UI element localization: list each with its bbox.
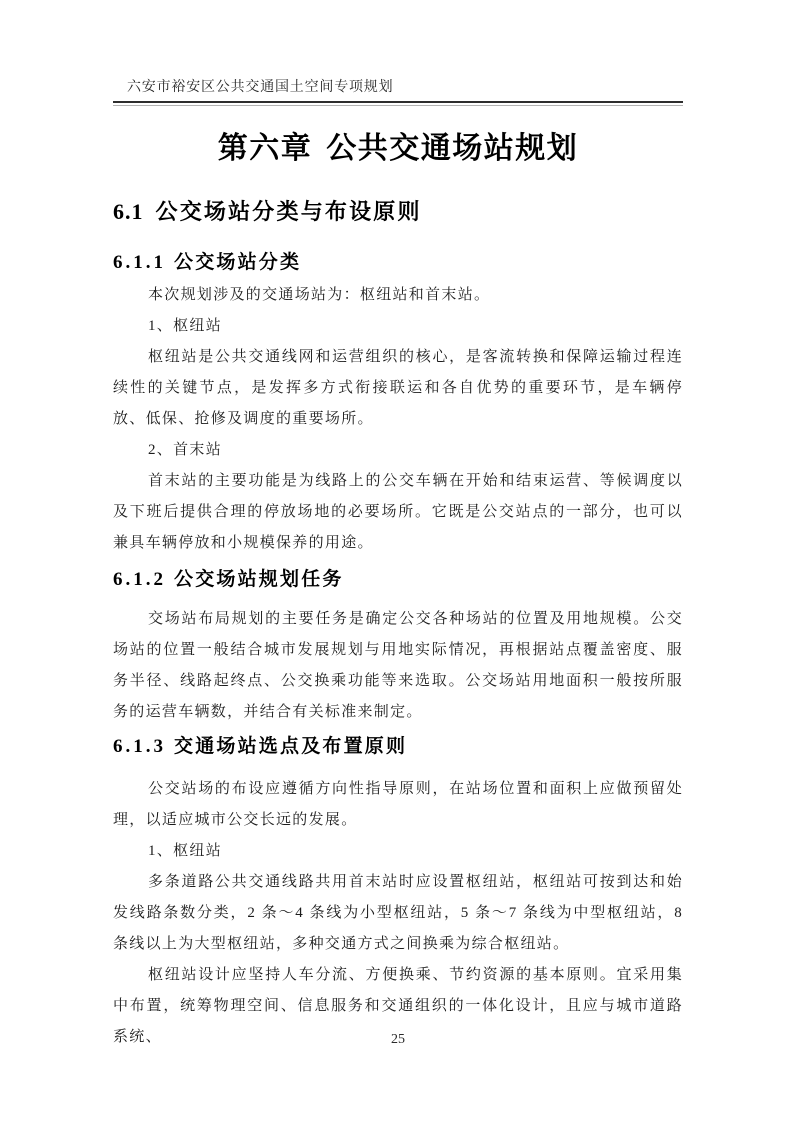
- document-page: 六安市裕安区公共交通国土空间专项规划 第六章公共交通场站规划 6.1公交场站分类…: [0, 0, 793, 1122]
- numbered-item-label: 2、首末站: [113, 435, 683, 466]
- header-rule: [113, 101, 683, 106]
- subsection-title: 公交场站分类: [174, 252, 301, 273]
- chapter-title: 第六章公共交通场站规划: [113, 128, 683, 170]
- subsection-heading-6-1-3: 6.1.3交通场站选点及布置原则: [113, 734, 683, 760]
- page-number: 25: [391, 1032, 405, 1047]
- subsection-number: 6.1.2: [113, 569, 166, 590]
- chapter-name: 公共交通场站规划: [326, 132, 578, 165]
- section-heading-6-1: 6.1公交场站分类与布设原则: [113, 198, 683, 226]
- chapter-number: 第六章: [218, 132, 313, 165]
- paragraph: 枢纽站是公共交通线网和运营组织的核心，是客流转换和保障运输过程连续性的关键节点，…: [113, 342, 683, 435]
- subsection-title: 交通场站选点及布置原则: [174, 736, 407, 757]
- subsection-6-1-3-body: 公交站场的布设应遵循方向性指导原则，在站场位置和面积上应做预留处理，以适应城市公…: [113, 774, 683, 1053]
- paragraph: 公交站场的布设应遵循方向性指导原则，在站场位置和面积上应做预留处理，以适应城市公…: [113, 774, 683, 836]
- paragraph: 多条道路公共交通线路共用首末站时应设置枢纽站，枢纽站可按到达和始发线路条数分类，…: [113, 867, 683, 960]
- page-content: 六安市裕安区公共交通国土空间专项规划 第六章公共交通场站规划 6.1公交场站分类…: [113, 0, 683, 1053]
- subsection-title: 公交场站规划任务: [174, 569, 344, 590]
- page-footer: 25: [113, 1030, 683, 1050]
- numbered-item-label: 1、枢纽站: [113, 311, 683, 342]
- section-number: 6.1: [113, 199, 144, 224]
- header-rule-light-line: [113, 105, 683, 106]
- running-header-title: 六安市裕安区公共交通国土空间专项规划: [127, 80, 393, 95]
- subsection-6-1-1-body: 本次规划涉及的交通场站为：枢纽站和首末站。 1、枢纽站 枢纽站是公共交通线网和运…: [113, 280, 683, 559]
- subsection-number: 6.1.3: [113, 736, 166, 757]
- paragraph: 交场站布局规划的主要任务是确定公交各种场站的位置及用地规模。公交场站的位置一般结…: [113, 604, 683, 728]
- numbered-item-label: 1、枢纽站: [113, 836, 683, 867]
- section-title: 公交场站分类与布设原则: [156, 199, 422, 224]
- subsection-6-1-2-body: 交场站布局规划的主要任务是确定公交各种场站的位置及用地规模。公交场站的位置一般结…: [113, 604, 683, 728]
- subsection-heading-6-1-2: 6.1.2公交场站规划任务: [113, 567, 683, 593]
- header-rule-dark-line: [113, 101, 683, 103]
- subsection-number: 6.1.1: [113, 252, 166, 273]
- running-header: 六安市裕安区公共交通国土空间专项规划: [113, 78, 683, 97]
- paragraph: 本次规划涉及的交通场站为：枢纽站和首末站。: [113, 280, 683, 311]
- paragraph: 首末站的主要功能是为线路上的公交车辆在开始和结束运营、等候调度以及下班后提供合理…: [113, 466, 683, 559]
- subsection-heading-6-1-1: 6.1.1公交场站分类: [113, 250, 683, 276]
